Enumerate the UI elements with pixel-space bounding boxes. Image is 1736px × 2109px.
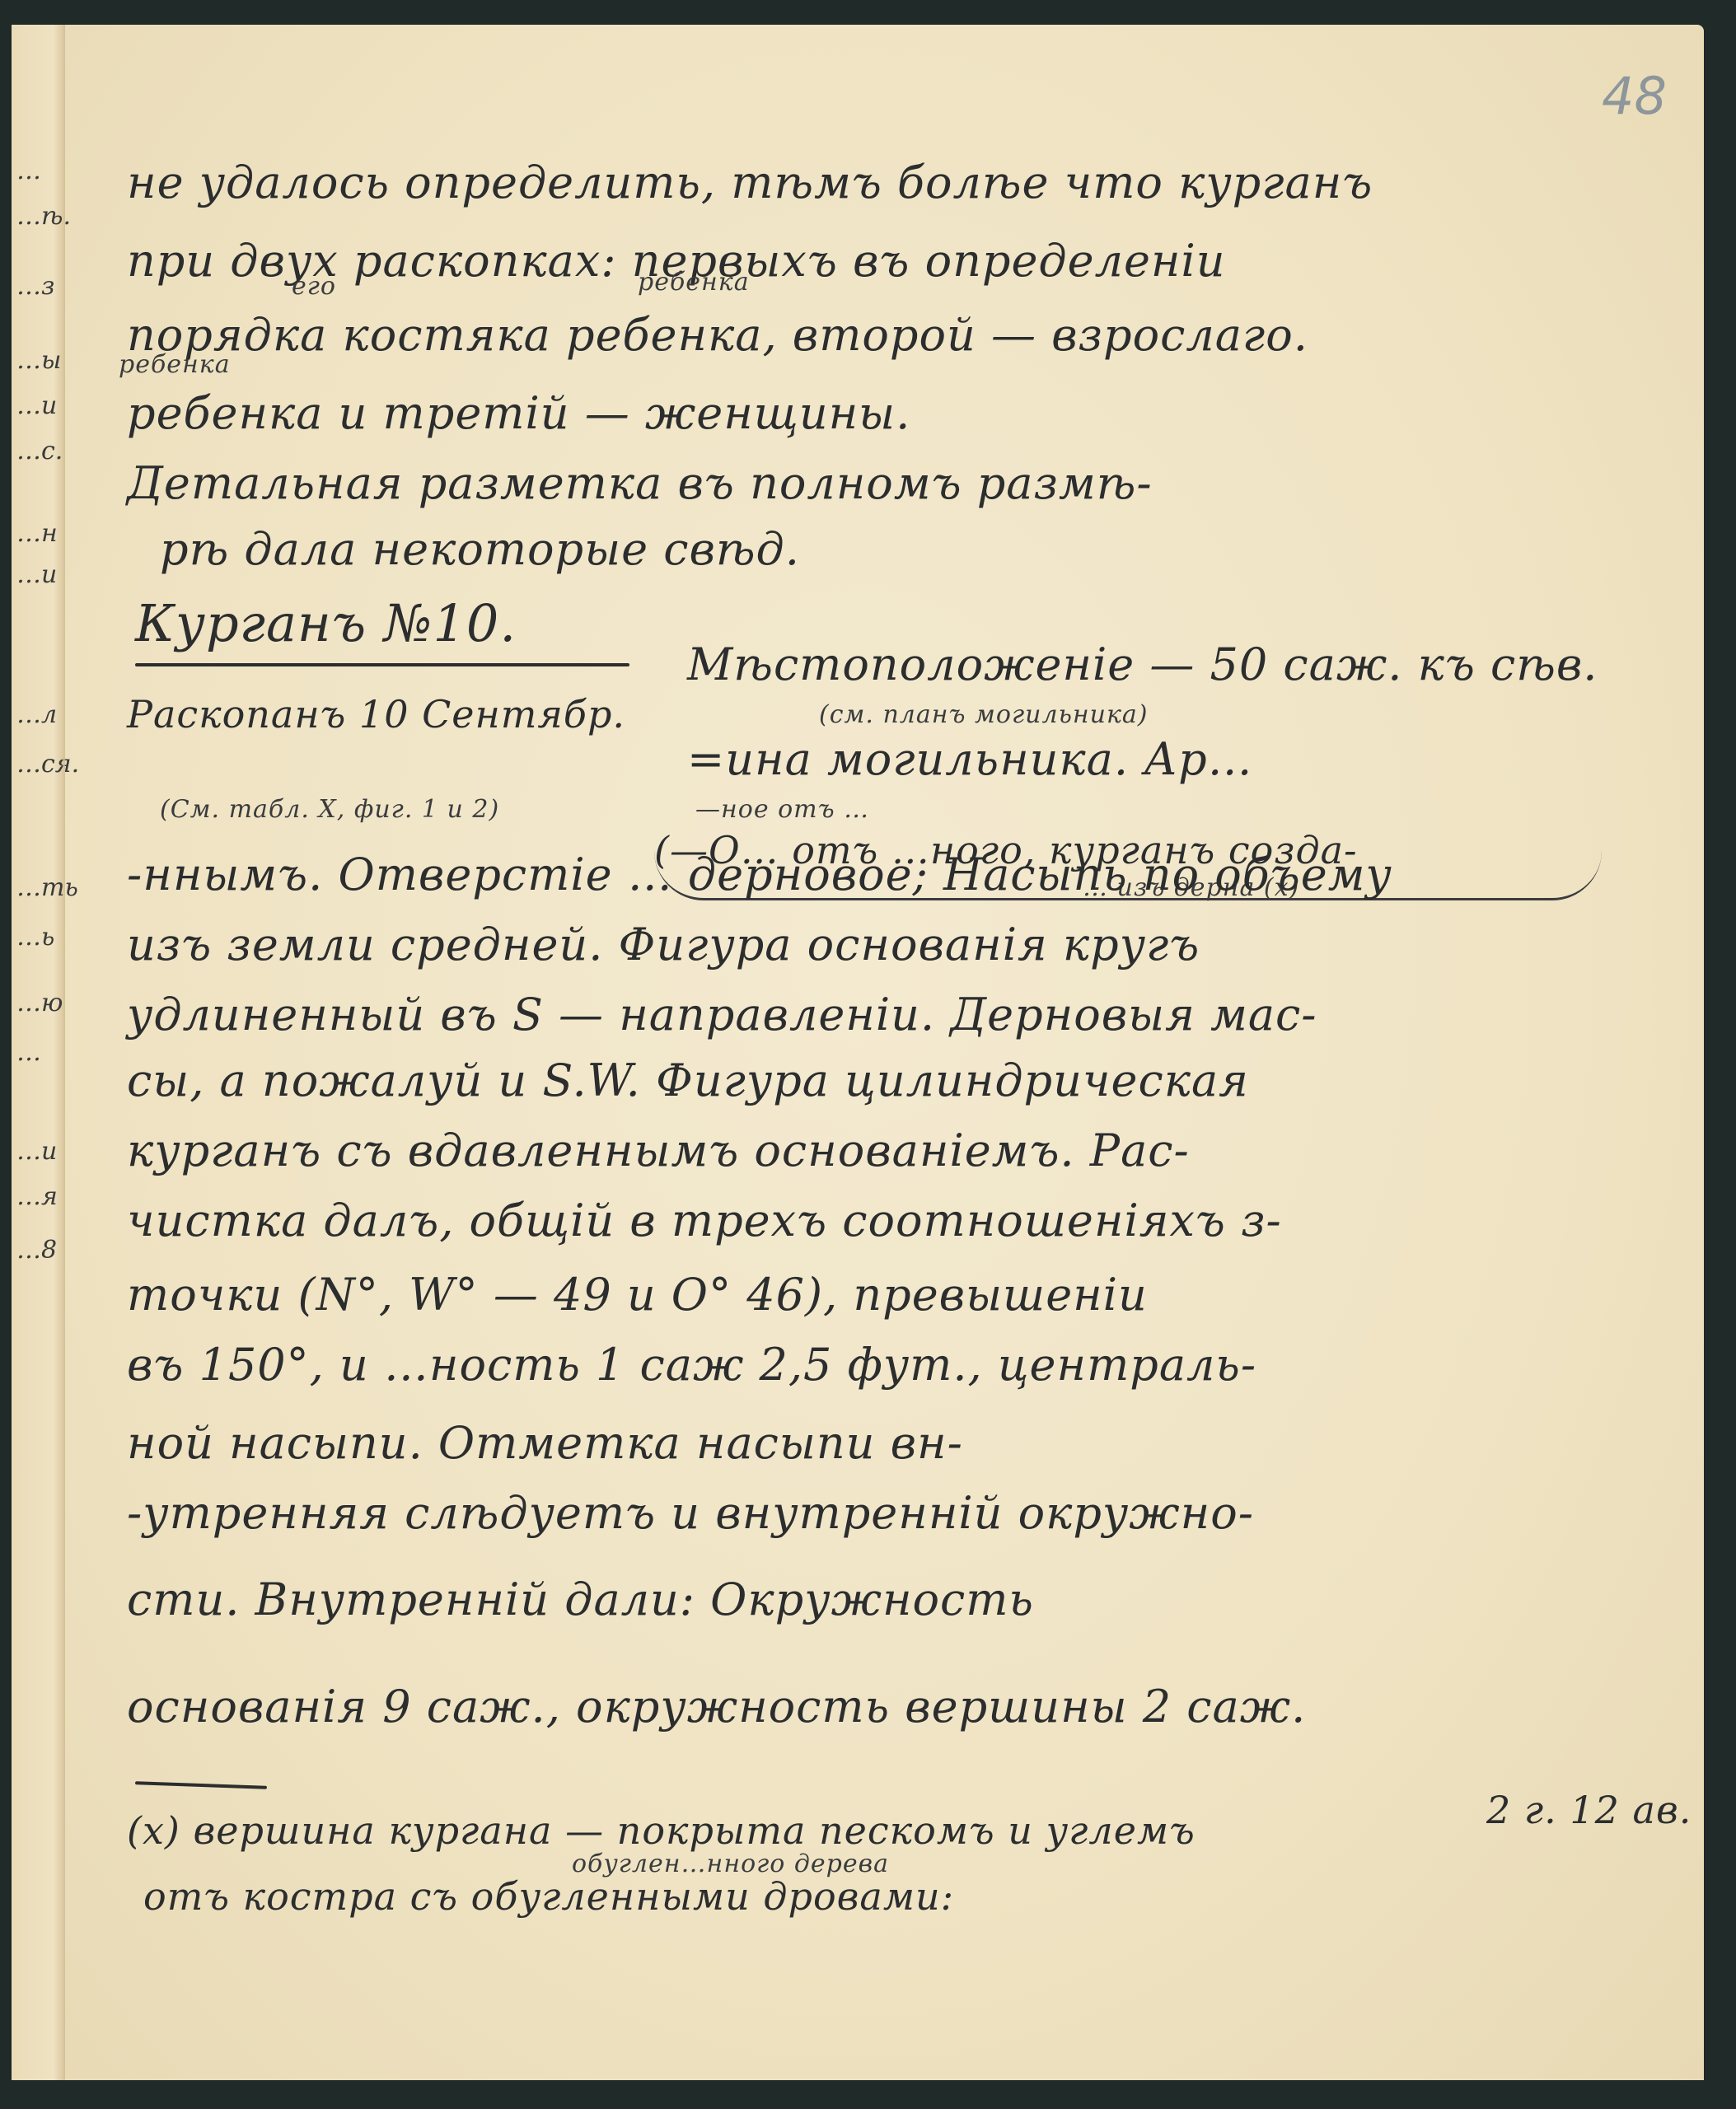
body-line: порядка костяка ребенка, второй — взросл…	[127, 309, 1308, 361]
body-line: -ннымъ. Отверстiе … дерновое; Насыпь по …	[127, 849, 1392, 900]
margin-fragment: …и	[16, 1137, 57, 1166]
interlinear-insert: —ное отъ …	[695, 795, 869, 824]
date-note: 2 г. 12 ав.	[1486, 1788, 1692, 1832]
reference-note: (См. табл. X, фиг. 1 и 2)	[160, 795, 499, 824]
body-line: сы, а пожалуй и S.W. Фигура цилиндрическ…	[127, 1054, 1249, 1106]
location-note: (см. планъ могильника)	[819, 700, 1149, 729]
body-line: точки (N°, W° — 49 и O° 46), превышенiи	[127, 1269, 1148, 1321]
margin-fragment: …я	[16, 1182, 58, 1211]
body-line: основанiя 9 саж., окружность вершины 2 с…	[127, 1681, 1306, 1733]
body-line: -утренняя слѣдуетъ и внутреннiй окружно-	[127, 1487, 1254, 1539]
section-heading: Курганъ №10.	[135, 593, 517, 653]
margin-fragment: …ся.	[16, 750, 79, 779]
margin-fragment: …л	[16, 700, 57, 729]
page-number: 48	[1602, 66, 1667, 126]
margin-fragment: …ть	[16, 873, 78, 902]
margin-fragment: …	[16, 157, 41, 185]
page-fold	[63, 25, 65, 2080]
margin-fragment: …	[16, 1038, 41, 1067]
footnote-line: отъ костра съ обугленными дровами:	[143, 1874, 954, 1919]
heading-underline	[135, 663, 629, 666]
body-line: въ 150°, и …ность 1 саж 2,5 фут., центра…	[127, 1339, 1256, 1391]
margin-fragment: …и	[16, 391, 57, 420]
margin-fragment: …н	[16, 519, 58, 548]
body-line: не удалось определить, тѣмъ болѣе что ку…	[127, 157, 1373, 208]
margin-fragment: …8	[16, 1236, 57, 1265]
margin-fragment: …ю	[16, 989, 63, 1017]
manuscript-page: … …ѣ. …з …ы …и …с. …н …и …л …ся. …ть …ь …	[12, 25, 1704, 2080]
interlinear-insert: его	[292, 272, 336, 301]
body-line: ной насыпи. Отметка насыпи вн-	[127, 1417, 963, 1469]
body-line: удлиненный въ S — направленiи. Дерновыя …	[127, 989, 1317, 1040]
body-line: изъ земли средней. Фигура основанiя круг…	[127, 919, 1200, 970]
body-line: ребенка и третiй — женщины.	[127, 387, 910, 439]
margin-fragment: …з	[16, 272, 54, 301]
excavation-date: Раскопанъ 10 Сентябр.	[127, 692, 625, 737]
footnote-line: (х) вершина кургана — покрыта пескомъ и …	[127, 1808, 1196, 1853]
body-line: рѣ дала некоторые свѣд.	[160, 523, 800, 575]
previous-page-edge: … …ѣ. …з …ы …и …с. …н …и …л …ся. …ть …ь …	[12, 25, 65, 2080]
body-line: курганъ съ вдавленнымъ основанiемъ. Рас-	[127, 1125, 1190, 1176]
location-line: Мѣстоположенiе — 50 саж. къ сѣв.	[687, 638, 1598, 690]
interlinear-insert: ребенка	[119, 350, 231, 379]
interlinear-insert: ребенка	[638, 268, 750, 297]
body-line: сти. Внутреннiй дали: Окружность	[127, 1574, 1034, 1625]
body-line: чистка далъ, общiй в трехъ соотношенiяхъ…	[127, 1195, 1282, 1246]
margin-fragment: …ь	[16, 923, 54, 952]
footnote-rule	[135, 1781, 267, 1789]
location-line: =ина могильника. Ар…	[687, 733, 1253, 785]
margin-fragment: …с.	[16, 437, 63, 465]
body-line: Детальная разметка въ полномъ размѣ-	[127, 457, 1153, 509]
margin-fragment: …ы	[16, 346, 61, 375]
margin-fragment: …и	[16, 560, 57, 589]
